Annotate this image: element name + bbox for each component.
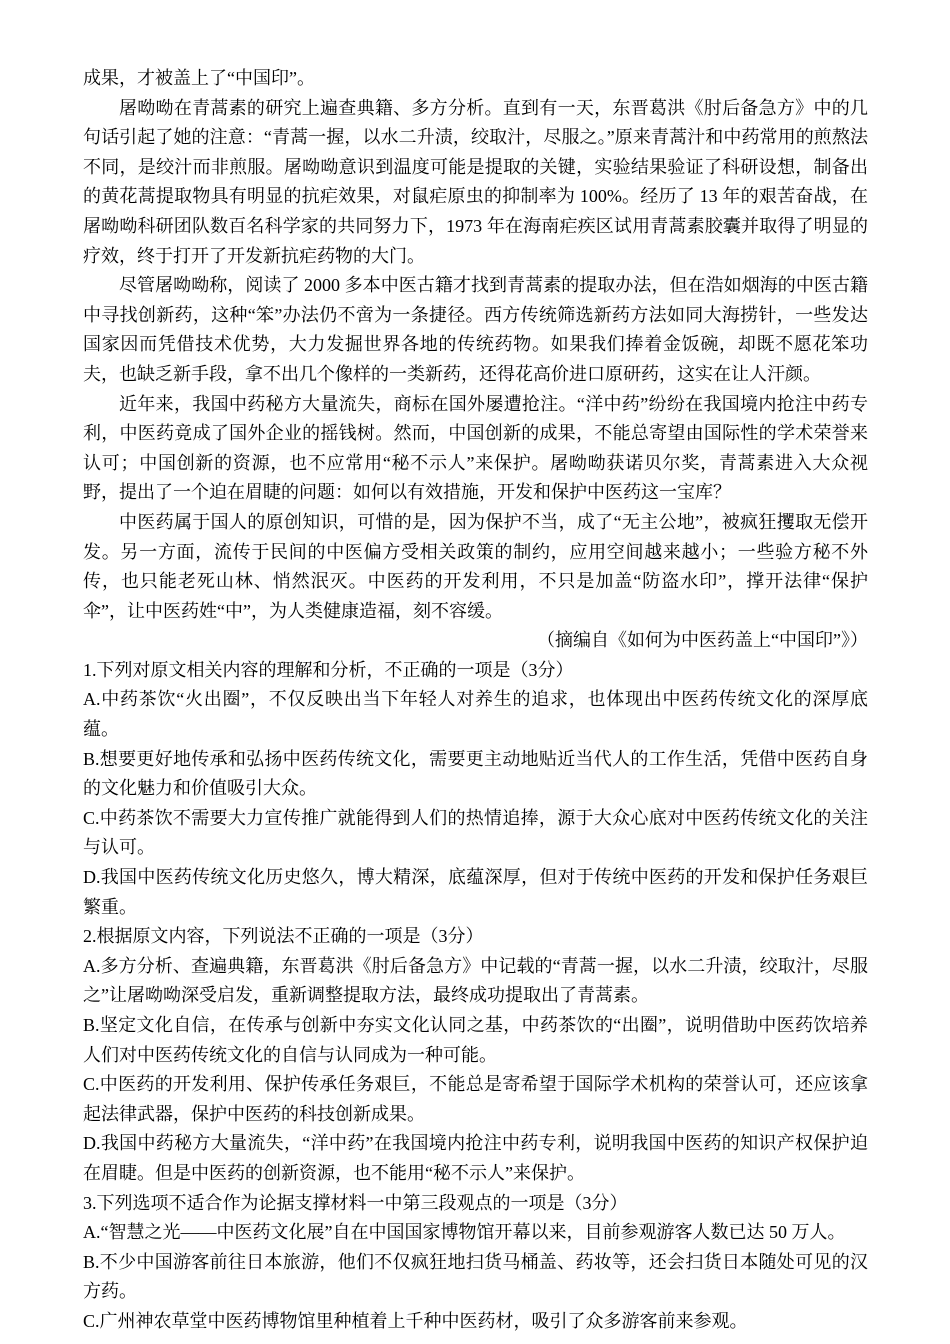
question-2: 2.根据原文内容，下列说法不正确的一项是（3分） A.多方分析、查遍典籍，东晋葛… [83, 922, 868, 1188]
question-3: 3.下列选项不适合作为论据支撑材料一中第三段观点的一项是（3分） A.“智慧之光… [83, 1189, 868, 1337]
option-b: B.不少中国游客前往日本旅游，他们不仅疯狂地扫货马桶盖、药妆等，还会扫货日本随处… [83, 1248, 868, 1307]
questions-section: 1.下列对原文相关内容的理解和分析，不正确的一项是（3分） A.中药茶饮“火出圈… [83, 656, 868, 1337]
reading-passage: 成果，才被盖上了“中国印”。 屠呦呦在青蒿素的研究上遍查典籍、多方分析。直到有一… [83, 64, 868, 656]
option-d: D.我国中医药传统文化历史悠久，博大精深，底蕴深厚，但对于传统中医药的开发和保护… [83, 863, 868, 922]
passage-paragraph: 中医药属于国人的原创知识，可惜的是，因为保护不当，成了“无主公地”，被疯狂攫取无… [83, 508, 868, 626]
option-a: A.中药茶饮“火出圈”，不仅反映出当下年轻人对养生的追求，也体现出中医药传统文化… [83, 685, 868, 744]
option-b: B.想要更好地传承和弘扬中医药传统文化，需要更主动地贴近当代人的工作生活，凭借中… [83, 745, 868, 804]
question-stem: 3.下列选项不适合作为论据支撑材料一中第三段观点的一项是（3分） [83, 1189, 868, 1219]
option-a: A.多方分析、查遍典籍，东晋葛洪《肘后备急方》中记载的“青蒿一握，以水二升渍，绞… [83, 952, 868, 1011]
attribution-line: （摘编自《如何为中医药盖上“中国印”》） [83, 626, 868, 656]
option-c: C.中药茶饮不需要大力宣传推广就能得到人们的热情追捧，源于大众心底对中医药传统文… [83, 804, 868, 863]
question-stem: 1.下列对原文相关内容的理解和分析，不正确的一项是（3分） [83, 656, 868, 686]
option-a: A.“智慧之光——中医药文化展”自在中国国家博物馆开幕以来，目前参观游客人数已达… [83, 1218, 868, 1248]
option-c: C.中医药的开发利用、保护传承任务艰巨，不能总是寄希望于国际学术机构的荣誉认可，… [83, 1070, 868, 1129]
passage-paragraph: 尽管屠呦呦称，阅读了 2000 多本中医古籍才找到青蒿素的提取办法，但在浩如烟海… [83, 271, 868, 389]
exam-page: 成果，才被盖上了“中国印”。 屠呦呦在青蒿素的研究上遍查典籍、多方分析。直到有一… [0, 0, 950, 1344]
option-b: B.坚定文化自信，在传承与创新中夯实文化认同之基，中药茶饮的“出圈”，说明借助中… [83, 1011, 868, 1070]
option-c: C.广州神农草堂中医药博物馆里种植着上千种中医药材，吸引了众多游客前来参观。 [83, 1307, 868, 1337]
passage-paragraph: 近年来，我国中药秘方大量流失，商标在国外屡遭抢注。“洋中药”纷纷在我国境内抢注中… [83, 390, 868, 508]
option-d: D.我国中药秘方大量流失，“洋中药”在我国境内抢注中药专利，说明我国中医药的知识… [83, 1129, 868, 1188]
passage-paragraph: 屠呦呦在青蒿素的研究上遍查典籍、多方分析。直到有一天，东晋葛洪《肘后备急方》中的… [83, 94, 868, 272]
passage-paragraph: 成果，才被盖上了“中国印”。 [83, 64, 868, 94]
question-stem: 2.根据原文内容，下列说法不正确的一项是（3分） [83, 922, 868, 952]
question-1: 1.下列对原文相关内容的理解和分析，不正确的一项是（3分） A.中药茶饮“火出圈… [83, 656, 868, 922]
